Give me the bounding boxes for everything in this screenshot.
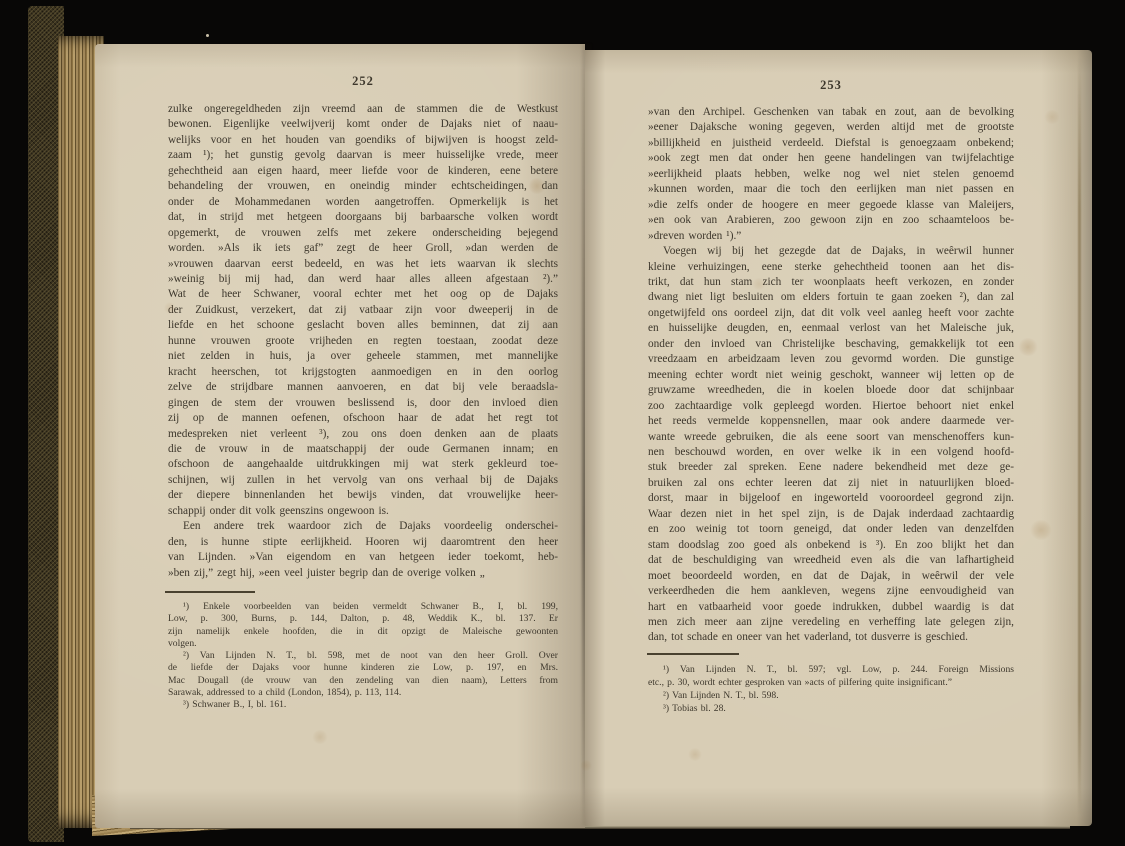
text-line: die de vrouw in de maatschappij der oude… xyxy=(168,442,558,457)
text-line: »die zelfs onder de hoogere en meer gego… xyxy=(648,198,1014,213)
text-line: onder den invloed van Christelijke besch… xyxy=(648,337,1014,352)
text-line: »vrouwen daarvan eerst bedeeld, en was h… xyxy=(168,257,558,272)
text-line: ofschoon de aangehaalde uitdrukkingen mi… xyxy=(168,457,558,472)
text-line: »ook zegt men dat onder hen geene handel… xyxy=(648,151,1014,166)
text-line: hart en vatbaarheid voor goede indrukken… xyxy=(648,600,1014,615)
foxing-stain xyxy=(1044,110,1060,124)
text-line: medespreken niet verleent ³), zou ons do… xyxy=(168,427,558,442)
text-line: etc., p. 30, wordt echter gesproken van … xyxy=(648,676,1014,689)
text-line: der Zuidkust, verzekert, dat zij vatbaar… xyxy=(168,303,558,318)
foxing-stain xyxy=(312,730,328,744)
foxing-stain xyxy=(1030,520,1052,540)
text-line: behandeling der vrouwen, en oneindig min… xyxy=(168,179,558,194)
page-left-body: zulke ongeregeldheden zijn vreemd aan de… xyxy=(168,102,558,581)
text-line: »kunnen worden, maar die toch den eerlij… xyxy=(648,182,1014,197)
text-line: gruwzame wreedheden, die in koelen bloed… xyxy=(648,383,1014,398)
text-line: zijn namelijk enkele hoofden, die in dit… xyxy=(168,626,558,638)
foxing-stain xyxy=(688,748,702,761)
page-right-fore-edge xyxy=(1078,58,1081,814)
text-line: welijks voor en het houden van goendiks … xyxy=(168,133,558,148)
text-line: en huisselijke deugden, en, eenmaal verl… xyxy=(648,321,1014,336)
text-line: bewonen. Eigenlijke veelwijverij komt on… xyxy=(168,117,558,132)
text-line: gehechtheid aan eigen haard, meer liefde… xyxy=(168,164,558,179)
text-line: kracht heerschen, tot krijgstogten aanmo… xyxy=(168,365,558,380)
text-line: zelve de strijdbare mannen aanvoeren, en… xyxy=(168,380,558,395)
text-line: dwang niet ligt besluiten om elders fort… xyxy=(648,290,1014,305)
text-line: bruiken zal ons echter leeren dat zij ni… xyxy=(648,476,1014,491)
text-line: stam doodslag zoo goed als onbekend is ³… xyxy=(648,538,1014,553)
text-line: den, is hunne stipte eerlijkheid. Hooren… xyxy=(168,535,558,550)
text-line: hunne vrouwen groote vrijheden en regten… xyxy=(168,334,558,349)
text-line: »eerlijkheid plaats hebben, welke nog we… xyxy=(648,167,1014,182)
text-line: schijnen, wij zullen in het vervolg van … xyxy=(168,473,558,488)
page-number-right: 253 xyxy=(648,78,1014,93)
text-line: »en ook van Arabieren, zoo gewoon zijn e… xyxy=(648,213,1014,228)
page-number-left: 252 xyxy=(168,74,558,89)
text-line: »dreven worden ¹).” xyxy=(648,229,1014,244)
text-line: moet beoordeeld worden, en dat de Dajak,… xyxy=(648,569,1014,584)
text-line: Een andere trek waardoor zich de Dajaks … xyxy=(168,519,558,534)
book-spread-photo: 252 zulke ongeregeldheden zijn vreemd aa… xyxy=(0,0,1125,846)
text-line: opgemerkt, de vrouwen zelfs met zekere o… xyxy=(168,226,558,241)
text-line: wante wreede gebruiken, die als eene soo… xyxy=(648,430,1014,445)
text-line: dorst, maar in bijgeloof en ingeworteld … xyxy=(648,491,1014,506)
text-line: kleine verhuizingen, eene sterke gehecht… xyxy=(648,260,1014,275)
text-line: Wat de heer Schwaner, vooral echter met … xyxy=(168,287,558,302)
text-line: zaam ¹); het gunstig gevolg daarvan is m… xyxy=(168,148,558,163)
foxing-stain xyxy=(752,278,766,290)
text-line: Low, p. 300, Burns, p. 144, Dalton, p. 4… xyxy=(168,613,558,625)
foxing-stain xyxy=(528,178,546,194)
text-line: ³) Schwaner B., I, bl. 161. xyxy=(168,699,558,711)
text-line: meening echter wordt niet weinig geschok… xyxy=(648,368,1014,383)
text-line: ¹) Enkele voorbeelden van beiden vermeld… xyxy=(168,601,558,613)
foxing-stain xyxy=(164,302,176,314)
text-line: volgen. xyxy=(168,638,558,650)
text-line: Mac Dougall (de vrouw van den zendeling … xyxy=(168,675,558,687)
text-line: verkeerdheden die hem aankleven, wegens … xyxy=(648,584,1014,599)
text-line: ²) Van Lijnden N. T., bl. 598. xyxy=(648,689,1014,702)
page-right-footnotes: ¹) Van Lijnden N. T., bl. 597; vgl. Low,… xyxy=(648,663,1014,715)
text-line: dan, tot schade en oneer van het vaderla… xyxy=(648,630,1014,645)
text-line: worden. »Als ik iets gaf” zegt de heer G… xyxy=(168,241,558,256)
text-line: gingen de stem der vrouwen beslissend is… xyxy=(168,396,558,411)
text-line: »weinig bij mij had, dan werd haar alles… xyxy=(168,272,558,287)
foxing-stain xyxy=(1018,338,1038,356)
text-line: zoo zachtaardige volk gepleegd worden. H… xyxy=(648,399,1014,414)
text-line: zulke ongeregeldheden zijn vreemd aan de… xyxy=(168,102,558,117)
footnote-separator-left xyxy=(165,591,255,593)
page-right-body: »van den Archipel. Geschenken van tabak … xyxy=(648,105,1014,646)
text-line: Sarawak, addressed to a child (London, 1… xyxy=(168,687,558,699)
text-line: ¹) Van Lijnden N. T., bl. 597; vgl. Low,… xyxy=(648,663,1014,676)
foxing-stain xyxy=(580,760,592,771)
text-line: het reeds vermelde koppensnellen, maar o… xyxy=(648,414,1014,429)
text-line: dat de beschuldiging van wreedheid even … xyxy=(648,553,1014,568)
text-line: »van den Archipel. Geschenken van tabak … xyxy=(648,105,1014,120)
page-left-footnotes: ¹) Enkele voorbeelden van beiden vermeld… xyxy=(168,601,558,712)
text-line: de liefde der Dajaks voor hunne kinderen… xyxy=(168,662,558,674)
text-line: trikt, dat hun stam zich ter woonplaats … xyxy=(648,275,1014,290)
text-line: zij op de mannen oefenen, ofschoon haar … xyxy=(168,411,558,426)
text-line: en zoo weinig tot toorn geneigd, dat ond… xyxy=(648,522,1014,537)
text-line: Waar dezen niet in het spel zijn, is de … xyxy=(648,507,1014,522)
text-line: men zich meer aan zijne veredeling en ve… xyxy=(648,615,1014,630)
text-line: ²) Van Lijnden N. T., bl. 598, met de no… xyxy=(168,650,558,662)
text-line: schappij onder dit volk geenszins ongewo… xyxy=(168,504,558,519)
dust-speck xyxy=(206,34,209,37)
text-line: liefde en het schoone geslacht boven all… xyxy=(168,318,558,333)
footnote-separator-right xyxy=(647,653,739,655)
text-line: niet zelden in huis, ja over geheele sta… xyxy=(168,349,558,364)
text-line: vreedzaam en arbeidzaam leven zou gevorm… xyxy=(648,352,1014,367)
text-line: nen beschouwd worden, en over welke ik i… xyxy=(648,445,1014,460)
text-line: van Lijnden. »Van eigendom en van hetgee… xyxy=(168,550,558,565)
page-right: 253 »van den Archipel. Geschenken van ta… xyxy=(585,50,1092,826)
text-line: Voegen wij bij het gezegde dat de Dajaks… xyxy=(648,244,1014,259)
text-line: dat, in strijd met hetgeen doorgaans bij… xyxy=(168,210,558,225)
text-line: der diepere binnenlanden het bewijs vind… xyxy=(168,488,558,503)
text-line: »eener Dajaksche woning gegeven, werden … xyxy=(648,120,1014,135)
text-line: stuk breeder zal spreken. Eene nadere be… xyxy=(648,460,1014,475)
text-line: onder de Mohammedanen worden aangetroffe… xyxy=(168,195,558,210)
text-line: »ben zij,” zegt hij, »een veel juister b… xyxy=(168,566,558,581)
text-line: ongetwijfeld ons oordeel zijn, dat dit v… xyxy=(648,306,1014,321)
page-left: 252 zulke ongeregeldheden zijn vreemd aa… xyxy=(95,44,585,828)
text-line: ³) Tobias bl. 28. xyxy=(648,702,1014,715)
text-line: »billijkheid en juistheid verdeeld. Dief… xyxy=(648,136,1014,151)
